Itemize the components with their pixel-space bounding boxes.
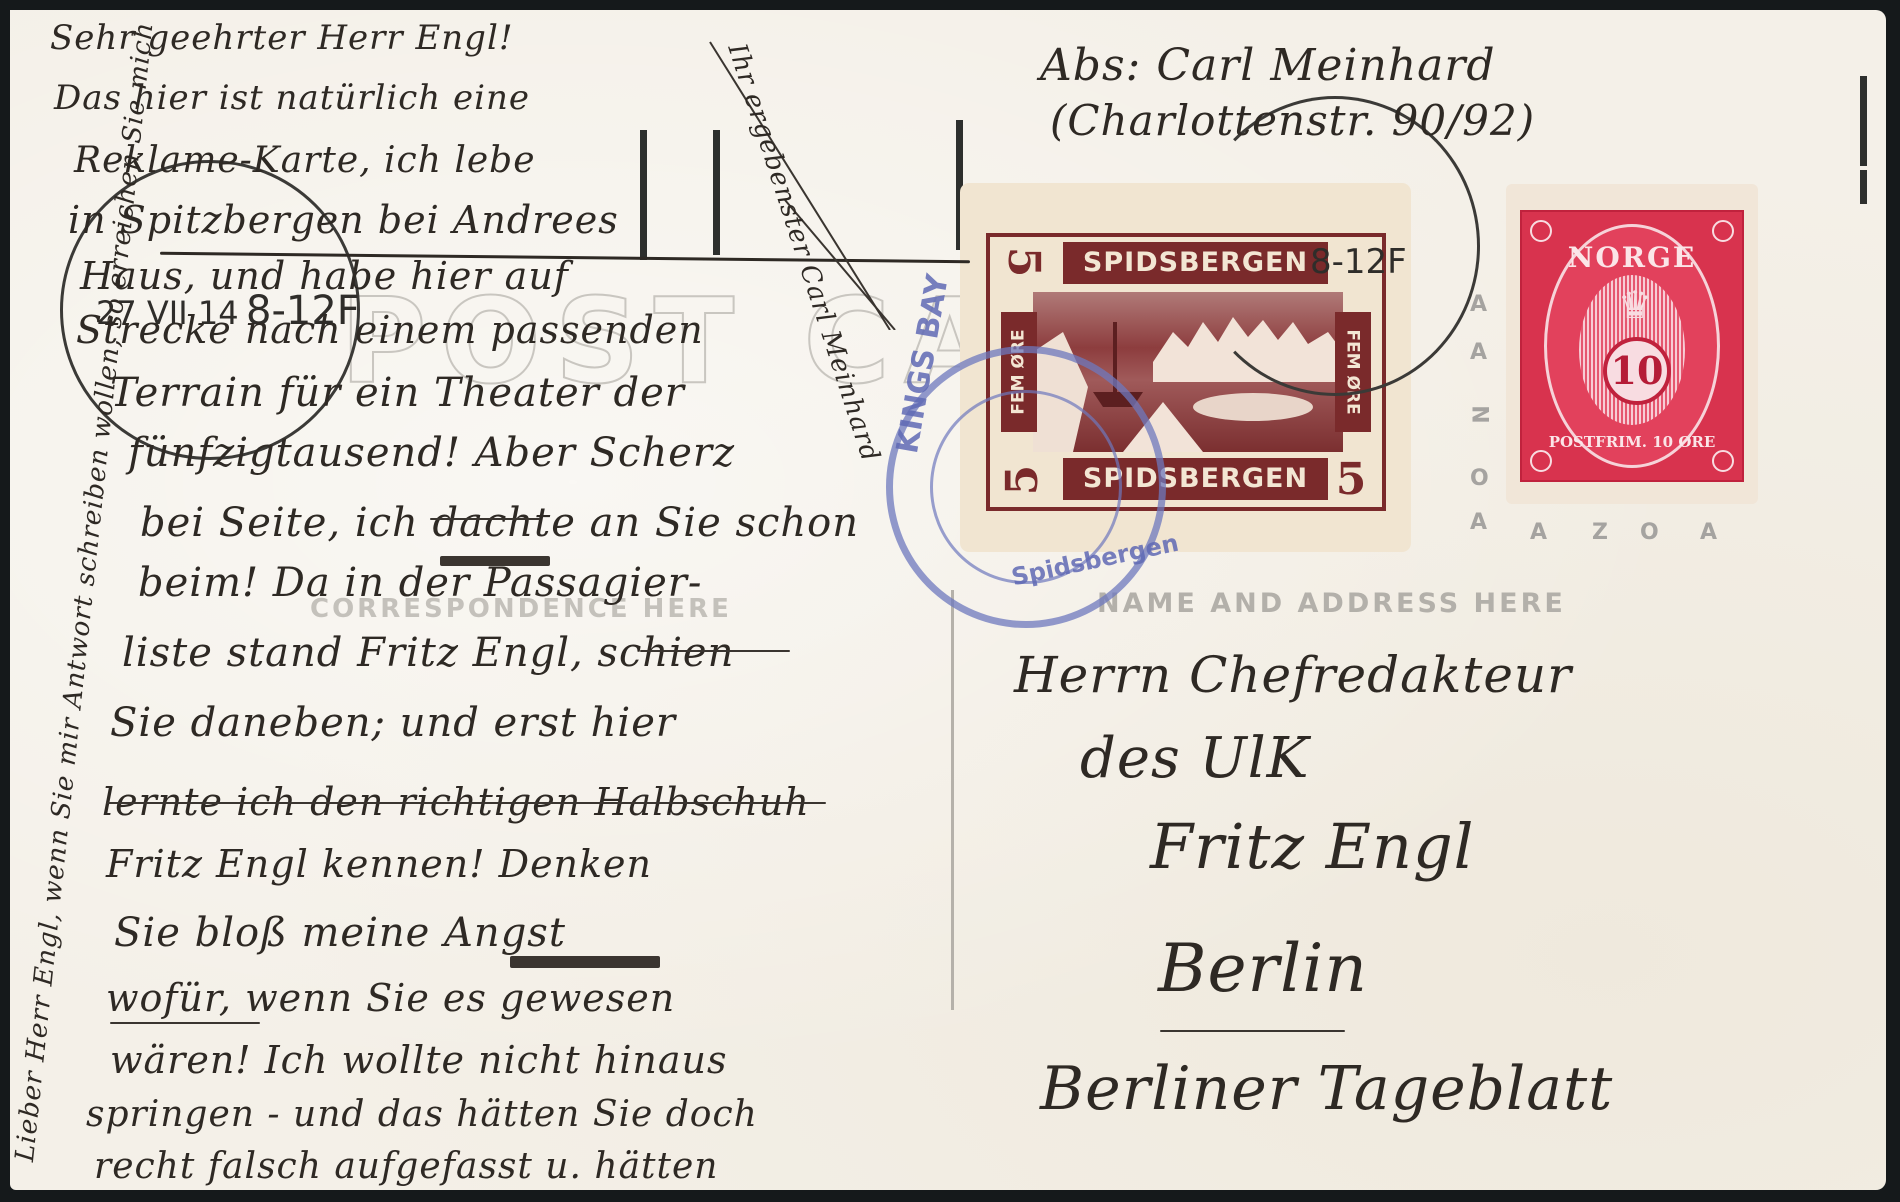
center-divider-line [951,590,954,1010]
right-postmark-time: 8-12F [1310,242,1407,282]
stamp-value-br: 5 [1321,454,1381,506]
stamp-value-tl: 5 [997,232,1049,292]
strikethrough [440,556,550,566]
recipient-line-2: des UlK [1080,726,1309,791]
message-line: recht falsch aufgefasst u. hätten [94,1146,718,1187]
norge-posthorn-stamp: NORGE ♛ 10 POSTFRIM. 10 ØRE [1506,184,1758,504]
message-underline [430,518,540,520]
message-underline [106,802,826,804]
message-line: Fritz Engl kennen! Denken [106,842,652,886]
message-line: Haus, und habe hier auf [80,254,569,298]
recipient-underline [1160,1030,1345,1032]
message-line: fünfzigtausend! Aber Scherz [128,430,735,476]
stamp-value-10: 10 [1603,337,1671,405]
stamp-postfrim-text: POSTFRIM. 10 ØRE [1547,433,1717,451]
message-line: beim! Da in der Passagier- [138,560,702,606]
recipient-line-1: Herrn Chefredakteur [1014,646,1572,704]
message-line: wofür, wenn Sie es gewesen [106,976,675,1020]
strikethrough [510,956,660,968]
message-line: springen - und das hätten Sie doch [86,1094,758,1135]
crown-icon: ♛ [1609,287,1661,323]
message-underline [110,1022,260,1024]
message-line: Sehr geehrter Herr Engl! [50,18,513,58]
message-line: liste stand Fritz Engl, schien [122,630,734,676]
sender-name: Abs: Carl Meinhard [1040,40,1496,91]
address-label: NAME AND ADDRESS HERE [1097,588,1566,619]
recipient-line-5: Berliner Tageblatt [1040,1054,1613,1124]
message-underline [640,650,790,652]
stamp-country-norge: NORGE [1547,241,1717,274]
message-line: bei Seite, ich dachte an Sie schon [140,500,859,546]
message-line: Sie bloß meine Angst [114,910,566,956]
recipient-line-4: Berlin [1158,930,1368,1007]
message-line: wären! Ich wollte nicht hinaus [110,1038,728,1082]
cancel-bar [1860,170,1867,204]
message-line: Sie daneben; und erst hier [110,700,676,746]
cancel-bar [1860,76,1867,166]
message-line: in Spitzbergen bei Andrees [68,198,619,242]
recipient-line-3: Fritz Engl [1150,810,1474,883]
sender-address: (Charlottenstr. 90/92) [1050,96,1535,145]
postcard-back: POST CARD CORRESPONDENCE HERE NAME AND A… [10,10,1886,1190]
message-line: Terrain für ein Theater der [110,370,685,416]
